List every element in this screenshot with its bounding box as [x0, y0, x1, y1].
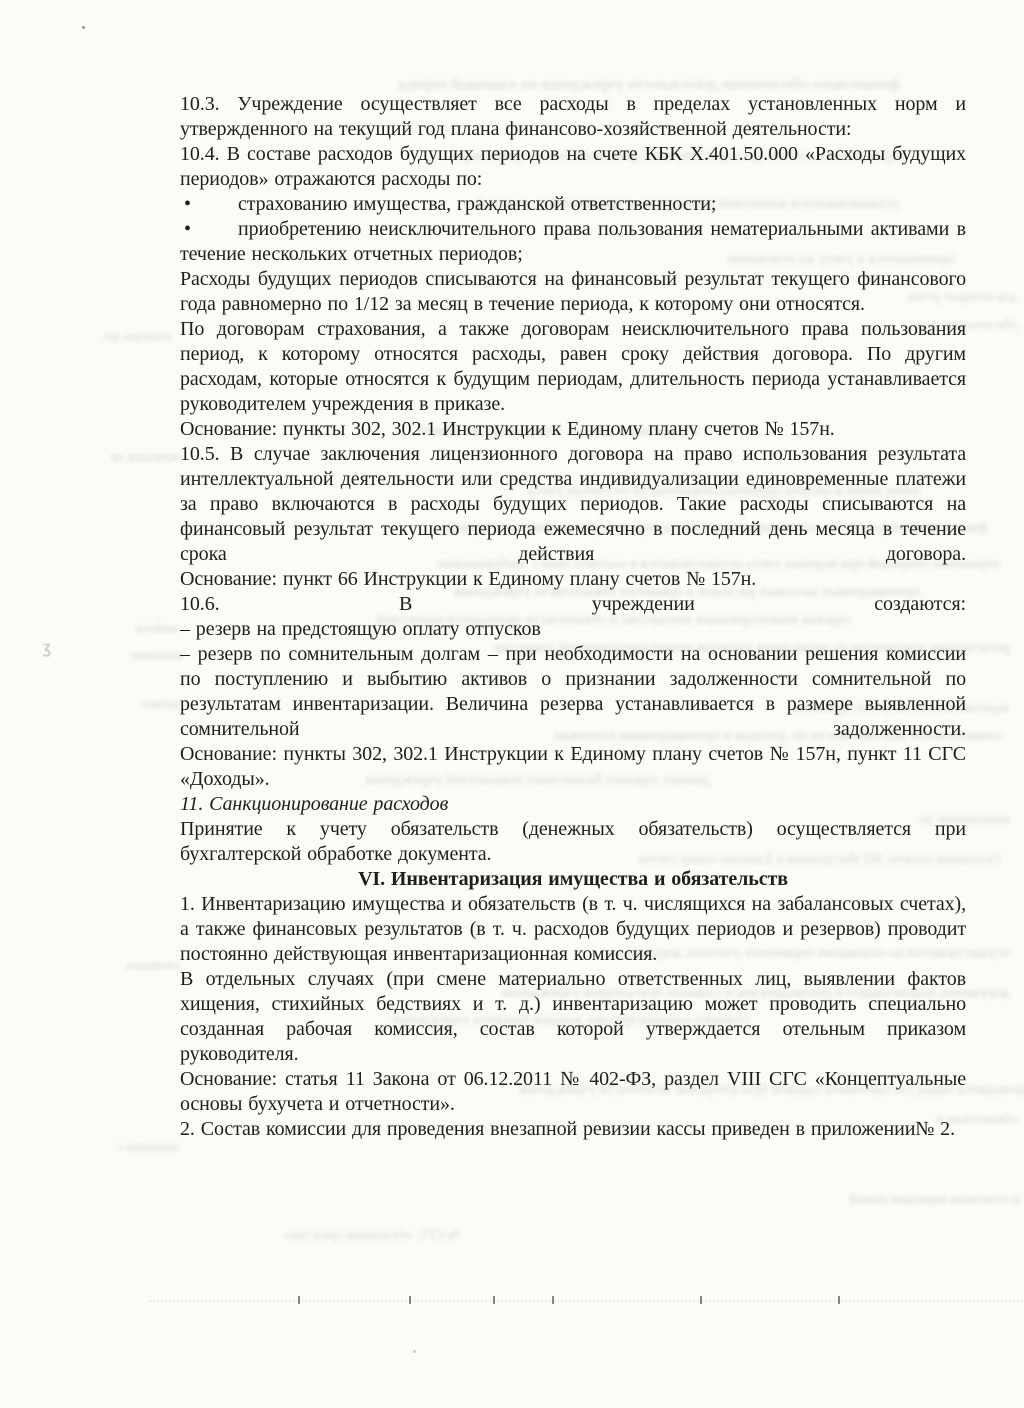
paragraph-10-3: 10.3. Учреждение осуществляет все расход…: [180, 92, 966, 142]
bleedthrough-line: № СГС «Основные средства»: [150, 1228, 460, 1243]
reserve-doubtful-paragraph: – резерв по сомнительным долгам – при не…: [180, 642, 966, 742]
bullet-item-intangible: •приобретению неисключительного права по…: [180, 217, 966, 267]
paragraph-acceptance: Принятие к учету обязательств (денежных …: [180, 817, 966, 867]
section-heading-vi: VI. Инвентаризация имущества и обязатель…: [180, 867, 966, 892]
paragraph-inventory-1: 1. Инвентаризацию имущества и обязательс…: [180, 892, 966, 967]
scanned-document-page: { "page": { "background_color": "#fbfbf8…: [0, 0, 1024, 1408]
bullet-item-insurance: •страхованию имущества, гражданской отве…: [180, 192, 966, 217]
scan-speck: [413, 1350, 416, 1353]
bleedthrough-line: финансового обеспечения деятельности учр…: [270, 76, 900, 94]
basis-note-66: Основание: пункт 66 Инструкции к Единому…: [180, 567, 966, 592]
paragraph-contracts: По договорам страхования, а также догово…: [180, 317, 966, 417]
paragraph-inventory-2: В отдельных случаях (при смене материаль…: [180, 967, 966, 1067]
document-body: 10.3. Учреждение осуществляет все расход…: [180, 92, 966, 1142]
bleedthrough-line: хищения с: [60, 1140, 180, 1155]
paragraph-10-6-intro: 10.6. В учреждении создаются:: [180, 592, 966, 617]
bleedthrough-line: ратисе: [95, 697, 180, 712]
basis-note-157n-1: Основание: пункты 302, 302.1 Инструкции …: [180, 417, 966, 442]
bleedthrough-line: платежи мо: [58, 330, 173, 345]
bleedthrough-line: мейотв: [88, 622, 178, 637]
section-heading-11: 11. Санкционирование расходов: [180, 792, 966, 817]
paragraph-10-5: 10.5. В случае заключения лицензионного …: [180, 442, 966, 567]
bullet-icon: •: [180, 217, 238, 242]
paragraph-commission: 2. Состав комиссии для проведения внезап…: [180, 1117, 966, 1142]
bleedthrough-line: ежиманн: [80, 958, 180, 973]
basis-note-402fz: Основание: статья 11 Закона от 06.12.201…: [180, 1067, 966, 1117]
scan-dither-band: [150, 1300, 1024, 1302]
bullet-item-text: страхованию имущества, гражданской ответ…: [238, 193, 716, 215]
bleedthrough-line: периодов не: [58, 450, 183, 465]
paragraph-writeoff: Расходы будущих периодов списываются на …: [180, 267, 966, 317]
bullet-item-text: приобретению неисключительного права пол…: [180, 218, 966, 265]
pencil-margin-mark: ʒ: [42, 638, 51, 657]
bleedthrough-line: вызожил: [88, 648, 183, 663]
reserve-vacations-line: – резерв на предстоящую оплату отпусков: [180, 617, 966, 642]
basis-note-157n-2: Основание: пункты 302, 302.1 Инструкции …: [180, 742, 966, 792]
paragraph-10-4-intro: 10.4. В составе расходов будущих периодо…: [180, 142, 966, 192]
bullet-icon: •: [180, 192, 238, 217]
bleedthrough-line: и отчетным периодам новый: [700, 1192, 1020, 1207]
scan-speck: [82, 26, 85, 29]
